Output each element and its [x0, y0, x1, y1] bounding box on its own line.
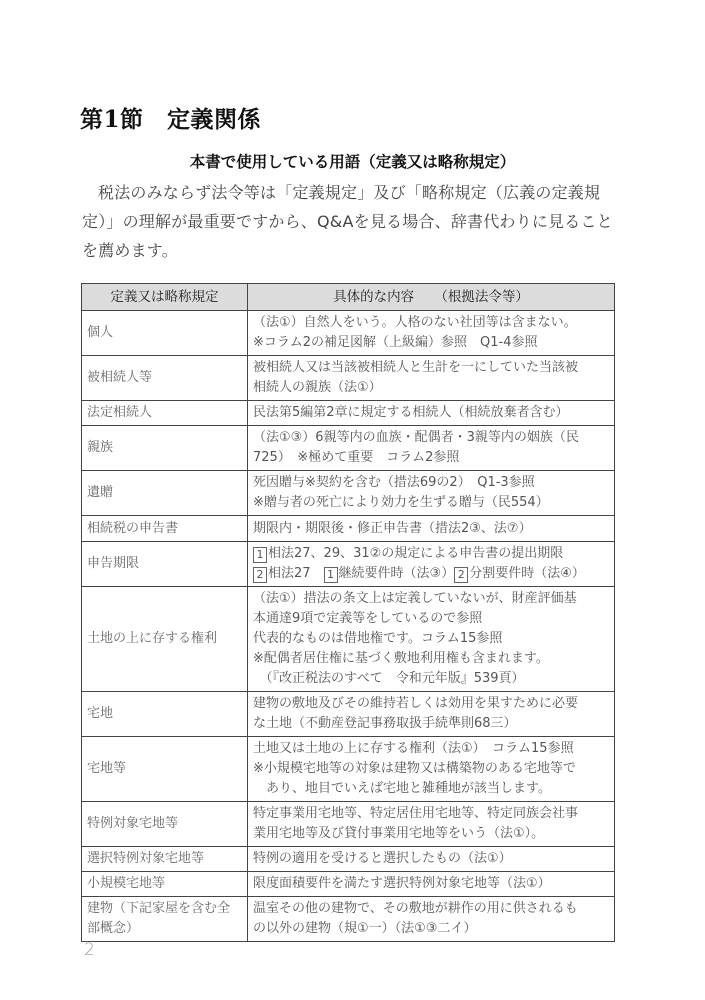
description-line: （法①③）6親等内の血族・配偶者・3親等内の姻族（民: [253, 428, 609, 448]
table-row: 選択特例対象宅地等特例の適用を受けると選択したもの（法①）: [82, 847, 615, 872]
table-header-row: 定義又は略称規定 具体的な内容 （根拠法令等）: [82, 284, 615, 311]
description-line: ※贈与者の死亡により効力を生ずる贈与（民554）: [253, 493, 609, 513]
description-line: 業用宅地等及び貸付事業用宅地等をいう（法①）。: [253, 824, 609, 844]
table-row: 法定相続人民法第5編第2章に規定する相続人（相続放棄者含む）: [82, 401, 615, 426]
description-line: 特例の適用を受けると選択したもの（法①）: [253, 849, 609, 869]
description-cell: 建物の敷地及びその維持若しくは効用を果すために必要な土地（不動産登記事務取扱手続…: [248, 692, 615, 737]
intro-paragraph: 税法のみならず法令等は「定義規定」及び「略称規定（広義の定義規定）」の理解が最重…: [82, 178, 618, 265]
description-line: な土地（不動産登記事務取扱手続準則68三）: [253, 714, 609, 734]
term-cell: 土地の上に存する権利: [82, 587, 248, 692]
description-line: 土地又は土地の上に存する権利（法①） コラム15参照: [253, 739, 609, 759]
table-row: 申告期限1相法27、29、31②の規定による申告書の提出期限2相法27 1継続要…: [82, 542, 615, 587]
term-cell: 特例対象宅地等: [82, 802, 248, 847]
description-line: 温室その他の建物で、その敷地が耕作の用に供されるも: [253, 899, 609, 919]
description-line: （法①）自然人をいう。人格のない社団等は含まない。: [253, 313, 609, 333]
description-cell: 期限内・期限後・修正申告書（措法2③、法⑦）: [248, 516, 615, 542]
description-cell: 特定事業用宅地等、特定居住用宅地等、特定同族会社事業用宅地等及び貸付事業用宅地等…: [248, 802, 615, 847]
description-cell: （法①）自然人をいう。人格のない社団等は含まない。※コラム2の補足図解（上級編）…: [248, 311, 615, 356]
section-title: 第1節 定義関係: [80, 101, 261, 134]
term-cell: 建物（下記家屋を含む全部概念）: [82, 897, 248, 942]
table-row: 小規模宅地等限度面積要件を満たす選択特例対象宅地等（法①）: [82, 872, 615, 897]
description-line: 2相法27 1継続要件時（法③）2分割要件時（法④）: [253, 564, 609, 584]
term-cell: 法定相続人: [82, 401, 248, 426]
description-cell: 限度面積要件を満たす選択特例対象宅地等（法①）: [248, 872, 615, 897]
table-row: 相続税の申告書期限内・期限後・修正申告書（措法2③、法⑦）: [82, 516, 615, 542]
subheading: 本書で使用している用語（定義又は略称規定）: [0, 150, 705, 172]
description-cell: 被相続人又は当該被相続人と生計を一にしていた当該被相続人の親族（法①）: [248, 356, 615, 401]
description-line: 民法第5編第2章に規定する相続人（相続放棄者含む）: [253, 403, 609, 423]
term-cell: 宅地: [82, 692, 248, 737]
description-line: 相続人の親族（法①）: [253, 378, 609, 398]
page-number: 2: [84, 940, 95, 960]
term-cell: 相続税の申告書: [82, 516, 248, 542]
table-row: 親族（法①③）6親等内の血族・配偶者・3親等内の姻族（民725） ※極めて重要 …: [82, 426, 615, 471]
description-cell: 民法第5編第2章に規定する相続人（相続放棄者含む）: [248, 401, 615, 426]
description-line: ※配偶者居住権に基づく敷地利用権も含まれます。: [253, 649, 609, 669]
description-line: 代表的なものは借地権です。コラム15参照: [253, 629, 609, 649]
term-cell: 親族: [82, 426, 248, 471]
description-cell: （法①③）6親等内の血族・配偶者・3親等内の姻族（民725） ※極めて重要 コラ…: [248, 426, 615, 471]
description-line: 建物の敷地及びその維持若しくは効用を果すために必要: [253, 694, 609, 714]
description-line: の以外の建物（規①一）（法①③二イ）: [253, 919, 609, 939]
boxed-number: 2: [253, 567, 267, 583]
table-body: 個人（法①）自然人をいう。人格のない社団等は含まない。※コラム2の補足図解（上級…: [82, 311, 615, 942]
term-cell: 個人: [82, 311, 248, 356]
boxed-number: 1: [253, 547, 267, 563]
description-line: ※コラム2の補足図解（上級編）参照 Q1-4参照: [253, 333, 609, 353]
term-cell: 被相続人等: [82, 356, 248, 401]
table-row: 個人（法①）自然人をいう。人格のない社団等は含まない。※コラム2の補足図解（上級…: [82, 311, 615, 356]
table-row: 特例対象宅地等特定事業用宅地等、特定居住用宅地等、特定同族会社事業用宅地等及び貸…: [82, 802, 615, 847]
table-row: 土地の上に存する権利（法①）措法の条文上は定義していないが、財産評価基本通達9項…: [82, 587, 615, 692]
description-line: （法①）措法の条文上は定義していないが、財産評価基: [253, 589, 609, 609]
table-row: 建物（下記家屋を含む全部概念）温室その他の建物で、その敷地が耕作の用に供されるも…: [82, 897, 615, 942]
description-line: 期限内・期限後・修正申告書（措法2③、法⑦）: [253, 519, 609, 539]
description-line: ※小規模宅地等の対象は建物又は構築物のある宅地等で: [253, 759, 609, 779]
table-row: 遺贈死因贈与※契約を含む（措法69の2） Q1-3参照※贈与者の死亡により効力を…: [82, 471, 615, 516]
term-cell: 小規模宅地等: [82, 872, 248, 897]
boxed-number: 1: [324, 567, 338, 583]
description-line: 本通達9項で定義等をしているので参照: [253, 609, 609, 629]
description-cell: （法①）措法の条文上は定義していないが、財産評価基本通達9項で定義等をしているの…: [248, 587, 615, 692]
header-term: 定義又は略称規定: [82, 284, 248, 311]
table-row: 宅地等土地又は土地の上に存する権利（法①） コラム15参照※小規模宅地等の対象は…: [82, 737, 615, 802]
description-line: 1相法27、29、31②の規定による申告書の提出期限: [253, 544, 609, 564]
description-line: 限度面積要件を満たす選択特例対象宅地等（法①）: [253, 874, 609, 894]
term-cell: 遺贈: [82, 471, 248, 516]
description-line: 死因贈与※契約を含む（措法69の2） Q1-3参照: [253, 473, 609, 493]
description-cell: 特例の適用を受けると選択したもの（法①）: [248, 847, 615, 872]
term-cell: 宅地等: [82, 737, 248, 802]
term-cell: 選択特例対象宅地等: [82, 847, 248, 872]
description-cell: 1相法27、29、31②の規定による申告書の提出期限2相法27 1継続要件時（法…: [248, 542, 615, 587]
term-cell: 申告期限: [82, 542, 248, 587]
description-line: 725） ※極めて重要 コラム2参照: [253, 448, 609, 468]
description-line: あり、地目でいえば宅地と雑種地が該当します。: [253, 779, 609, 799]
description-cell: 温室その他の建物で、その敷地が耕作の用に供されるもの以外の建物（規①一）（法①③…: [248, 897, 615, 942]
boxed-number: 2: [454, 567, 468, 583]
description-line: （『改正税法のすべて 令和元年版』539頁）: [253, 669, 609, 689]
description-line: 被相続人又は当該被相続人と生計を一にしていた当該被: [253, 358, 609, 378]
table-row: 被相続人等被相続人又は当該被相続人と生計を一にしていた当該被相続人の親族（法①）: [82, 356, 615, 401]
description-line: 特定事業用宅地等、特定居住用宅地等、特定同族会社事: [253, 804, 609, 824]
header-content: 具体的な内容 （根拠法令等）: [248, 284, 615, 311]
description-cell: 死因贈与※契約を含む（措法69の2） Q1-3参照※贈与者の死亡により効力を生ず…: [248, 471, 615, 516]
intro-text: 税法のみならず法令等は「定義規定」及び「略称規定（広義の定義規定）」の理解が最重…: [82, 178, 618, 265]
table-row: 宅地建物の敷地及びその維持若しくは効用を果すために必要な土地（不動産登記事務取扱…: [82, 692, 615, 737]
definitions-table: 定義又は略称規定 具体的な内容 （根拠法令等） 個人（法①）自然人をいう。人格の…: [81, 283, 615, 942]
description-cell: 土地又は土地の上に存する権利（法①） コラム15参照※小規模宅地等の対象は建物又…: [248, 737, 615, 802]
